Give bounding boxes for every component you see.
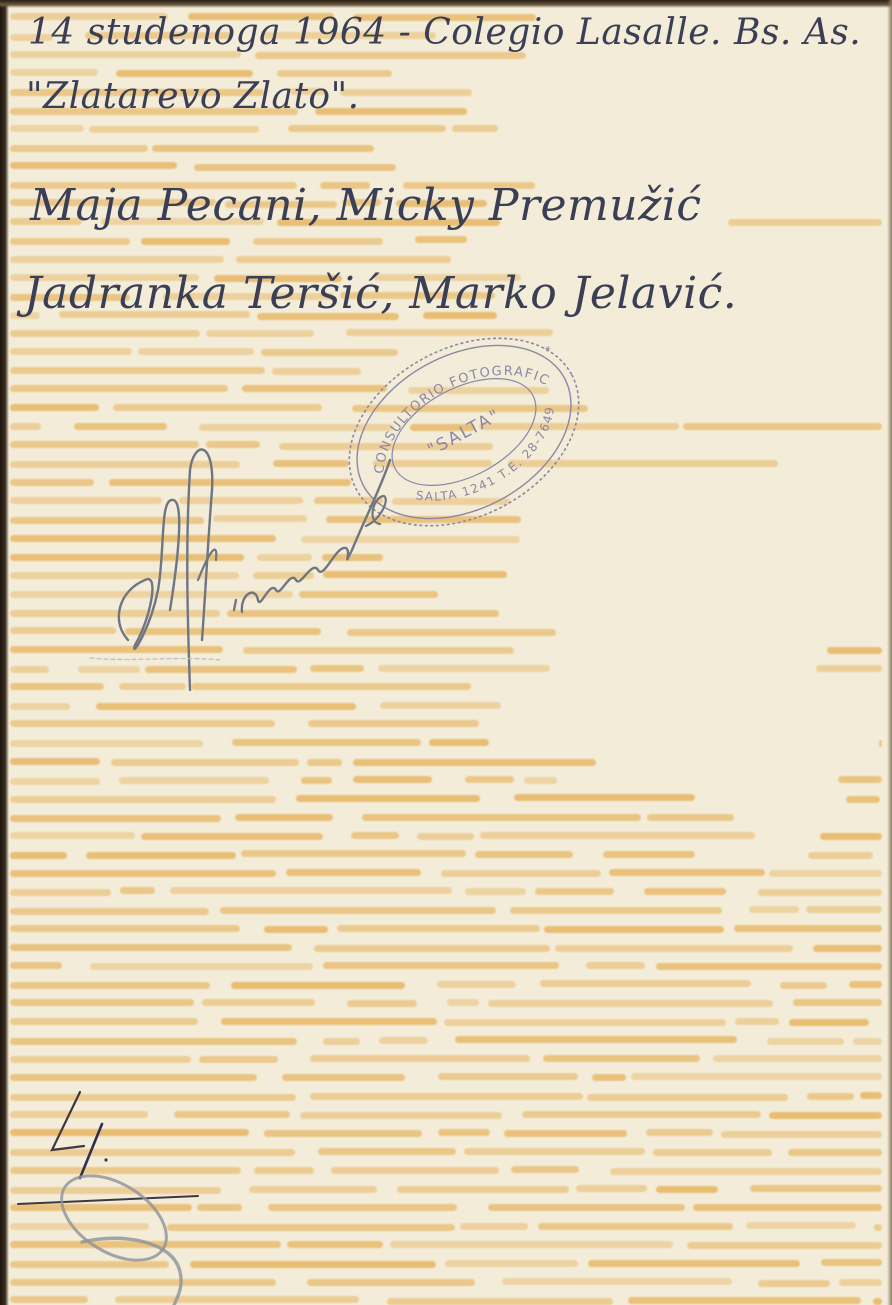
paper-stripe bbox=[721, 1131, 882, 1138]
paper-stripe bbox=[10, 125, 84, 132]
paper-stripe bbox=[362, 814, 641, 821]
paper-stripe bbox=[540, 980, 751, 987]
paper-stripe bbox=[455, 1036, 737, 1043]
paper-stripe bbox=[610, 1168, 882, 1175]
paper-stripe bbox=[767, 1038, 844, 1045]
paper-stripe bbox=[10, 423, 41, 430]
paper-stripe bbox=[10, 982, 210, 989]
paper-stripe bbox=[10, 385, 228, 392]
paper-stripe bbox=[438, 1129, 490, 1136]
stamp-center-text: "SALTA" bbox=[424, 405, 504, 460]
scan-edge-right bbox=[887, 0, 892, 1305]
paper-stripe bbox=[576, 1185, 648, 1192]
paper-stripe bbox=[735, 1018, 780, 1025]
pencil-signature: A. Premužić bbox=[90, 430, 420, 700]
paper-stripe bbox=[438, 1073, 578, 1080]
paper-stripe bbox=[10, 1056, 191, 1063]
paper-stripe bbox=[86, 852, 236, 859]
paper-stripe bbox=[780, 982, 827, 989]
paper-stripe bbox=[839, 1279, 882, 1286]
paper-stripe bbox=[141, 833, 322, 840]
paper-stripe bbox=[261, 349, 398, 356]
paper-stripe bbox=[713, 1055, 882, 1062]
paper-stripe bbox=[429, 739, 489, 746]
paper-stripe bbox=[10, 740, 203, 747]
paper-stripe bbox=[272, 368, 360, 375]
paper-stripe bbox=[264, 1130, 422, 1137]
paper-stripe bbox=[10, 348, 132, 355]
handwritten-date-location: 14 studenoga 1964 - Colegio Lasalle. Bs.… bbox=[28, 12, 861, 53]
paper-stripe bbox=[769, 1112, 882, 1119]
paper-stripe bbox=[331, 1167, 499, 1174]
paper-stripe bbox=[10, 852, 67, 859]
paper-stripe bbox=[337, 925, 540, 932]
paper-stripe bbox=[873, 1298, 882, 1305]
paper-stripe bbox=[10, 832, 135, 839]
paper-stripe bbox=[793, 999, 882, 1006]
paper-stripe bbox=[555, 945, 793, 952]
paper-stripe bbox=[296, 795, 480, 802]
pencil-number-scribble-icon bbox=[14, 1072, 214, 1305]
paper-stripe bbox=[10, 796, 276, 803]
paper-stripe bbox=[241, 850, 467, 857]
paper-stripe bbox=[301, 777, 332, 784]
paper-stripe bbox=[687, 1242, 882, 1249]
paper-stripe bbox=[390, 1241, 673, 1248]
paper-stripe bbox=[746, 1222, 856, 1229]
paper-stripe bbox=[609, 869, 764, 876]
paper-stripe bbox=[734, 925, 882, 932]
paper-stripe bbox=[514, 794, 695, 801]
paper-stripe bbox=[220, 907, 497, 914]
paper-stripe bbox=[10, 145, 148, 152]
paper-stripe bbox=[231, 982, 405, 989]
paper-stripe bbox=[816, 665, 882, 672]
paper-stripe bbox=[535, 888, 614, 895]
paper-stripe bbox=[452, 125, 499, 132]
paper-stripe bbox=[10, 666, 49, 673]
paper-stripe bbox=[502, 1278, 732, 1285]
paper-stripe bbox=[96, 703, 356, 710]
paper-stripe bbox=[821, 1259, 882, 1266]
paper-stripe bbox=[475, 851, 573, 858]
paper-stripe bbox=[120, 887, 155, 894]
paper-stripe bbox=[10, 330, 200, 337]
paper-stripe bbox=[849, 981, 882, 988]
handwritten-names-line1: Maja Pecani, Micky Premužić bbox=[30, 180, 701, 231]
paper-stripe bbox=[853, 1038, 882, 1045]
paper-stripe bbox=[353, 759, 596, 766]
paper-stripe bbox=[141, 238, 231, 245]
scan-edge-left bbox=[0, 0, 9, 1305]
paper-stripe bbox=[769, 870, 882, 877]
photo-back-sheet: 14 studenoga 1964 - Colegio Lasalle. Bs.… bbox=[0, 0, 892, 1305]
paper-stripe bbox=[206, 330, 314, 337]
paper-stripe bbox=[119, 777, 269, 784]
paper-stripe bbox=[586, 962, 646, 969]
paper-stripe bbox=[286, 869, 421, 876]
paper-stripe bbox=[202, 999, 315, 1006]
paper-stripe bbox=[74, 423, 167, 430]
paper-stripe bbox=[10, 256, 224, 263]
stamp-star: * bbox=[543, 343, 555, 358]
paper-stripe bbox=[522, 1111, 761, 1118]
paper-stripe bbox=[10, 1018, 198, 1025]
paper-stripe bbox=[170, 887, 453, 894]
paper-stripe bbox=[318, 1148, 457, 1155]
paper-stripe bbox=[288, 125, 446, 132]
paper-stripe bbox=[544, 926, 724, 933]
paper-stripe bbox=[307, 759, 342, 766]
paper-stripe bbox=[628, 1297, 862, 1304]
paper-stripe bbox=[789, 1019, 869, 1026]
paper-stripe bbox=[728, 219, 882, 226]
paper-stripe bbox=[465, 776, 514, 783]
paper-stripe bbox=[444, 1019, 726, 1026]
paper-stripe bbox=[10, 479, 94, 486]
paper-stripe bbox=[488, 1000, 773, 1007]
paper-stripe bbox=[10, 925, 240, 932]
paper-stripe bbox=[788, 1149, 882, 1156]
paper-stripe bbox=[10, 758, 100, 765]
handwritten-title: "Zlatarevo Zlato". bbox=[26, 76, 360, 117]
paper-stripe bbox=[268, 1204, 457, 1211]
paper-stripe bbox=[750, 1185, 882, 1192]
paper-stripe bbox=[347, 1000, 417, 1007]
paper-stripe bbox=[592, 1074, 626, 1081]
paper-stripe bbox=[89, 126, 259, 133]
paper-stripe bbox=[465, 888, 526, 895]
paper-stripe bbox=[511, 1166, 580, 1173]
paper-stripe bbox=[323, 1038, 360, 1045]
paper-stripe bbox=[379, 1037, 428, 1044]
paper-stripe bbox=[387, 1298, 614, 1305]
paper-stripe bbox=[820, 833, 882, 840]
scan-edge-top bbox=[0, 0, 892, 8]
paper-stripe bbox=[749, 906, 799, 913]
paper-stripe bbox=[397, 1186, 570, 1193]
paper-stripe bbox=[860, 1092, 882, 1099]
handwritten-names-line2: Jadranka Teršić, Marko Jelavić. bbox=[24, 268, 737, 319]
paper-stripe bbox=[510, 907, 722, 914]
paper-stripe bbox=[10, 962, 62, 969]
paper-stripe bbox=[879, 740, 882, 747]
paper-stripe bbox=[587, 1094, 788, 1101]
paper-stripe bbox=[806, 906, 882, 913]
paper-stripe bbox=[827, 647, 882, 654]
paper-stripe bbox=[838, 776, 882, 783]
paper-stripe bbox=[504, 1130, 626, 1137]
paper-stripe bbox=[152, 145, 374, 152]
paper-stripe bbox=[199, 1056, 278, 1063]
paper-stripe bbox=[236, 256, 450, 263]
paper-stripe bbox=[603, 851, 695, 858]
paper-stripe bbox=[10, 944, 292, 951]
paper-stripe bbox=[307, 1279, 476, 1286]
paper-stripe bbox=[653, 1149, 772, 1156]
paper-stripe bbox=[232, 739, 420, 746]
paper-stripe bbox=[480, 832, 755, 839]
paper-stripe bbox=[264, 926, 328, 933]
paper-stripe bbox=[255, 52, 526, 59]
paper-stripe bbox=[693, 1204, 882, 1211]
paper-stripe bbox=[488, 1204, 685, 1211]
signature-scribble-icon bbox=[90, 430, 420, 700]
paper-stripe bbox=[846, 796, 880, 803]
paper-stripe bbox=[631, 1073, 882, 1080]
paper-stripe bbox=[10, 908, 209, 915]
paper-stripe bbox=[807, 1093, 854, 1100]
paper-stripe bbox=[464, 1148, 645, 1155]
paper-stripe bbox=[323, 962, 560, 969]
paper-stripe bbox=[813, 945, 882, 952]
paper-stripe bbox=[300, 1112, 502, 1119]
paper-stripe bbox=[190, 1261, 436, 1268]
paper-stripe bbox=[10, 703, 70, 710]
paper-stripe bbox=[314, 945, 550, 952]
paper-stripe bbox=[10, 367, 265, 374]
paper-stripe bbox=[10, 69, 98, 76]
pencil-number-mark: 4. bbox=[14, 1072, 214, 1305]
paper-stripe bbox=[282, 1074, 405, 1081]
paper-stripe bbox=[10, 889, 111, 896]
paper-stripe bbox=[437, 981, 516, 988]
paper-stripe bbox=[647, 814, 734, 821]
paper-stripe bbox=[249, 1186, 377, 1193]
paper-stripe bbox=[683, 423, 882, 430]
paper-stripe bbox=[253, 238, 382, 245]
paper-stripe bbox=[113, 404, 323, 411]
paper-stripe bbox=[10, 404, 99, 411]
paper-stripe bbox=[235, 814, 333, 821]
paper-stripe bbox=[10, 999, 194, 1006]
paper-stripe bbox=[758, 1280, 830, 1287]
paper-stripe bbox=[10, 870, 276, 877]
paper-stripe bbox=[656, 963, 882, 970]
paper-stripe bbox=[10, 162, 177, 169]
paper-stripe bbox=[10, 1038, 297, 1045]
paper-stripe bbox=[10, 815, 221, 822]
paper-stripe bbox=[254, 1167, 314, 1174]
paper-stripe bbox=[543, 1055, 700, 1062]
paper-stripe bbox=[340, 89, 472, 96]
paper-stripe bbox=[538, 1223, 733, 1230]
paper-stripe bbox=[310, 1093, 583, 1100]
paper-stripe bbox=[287, 1241, 383, 1248]
paper-stripe bbox=[445, 1260, 578, 1267]
paper-stripe bbox=[90, 963, 314, 970]
paper-stripe bbox=[415, 236, 467, 243]
paper-stripe bbox=[644, 888, 726, 895]
paper-stripe bbox=[221, 1018, 437, 1025]
paper-stripe bbox=[10, 778, 100, 785]
paper-stripe bbox=[308, 720, 479, 727]
paper-stripe bbox=[10, 238, 130, 245]
paper-stripe bbox=[10, 720, 275, 727]
paper-stripe bbox=[447, 999, 479, 1006]
paper-stripe bbox=[588, 1260, 800, 1267]
paper-stripe bbox=[310, 1055, 530, 1062]
paper-stripe bbox=[380, 702, 501, 709]
paper-stripe bbox=[111, 759, 299, 766]
paper-stripe bbox=[194, 164, 396, 171]
paper-stripe bbox=[656, 1186, 718, 1193]
paper-stripe bbox=[441, 870, 601, 877]
paper-stripe bbox=[417, 833, 474, 840]
paper-stripe bbox=[353, 776, 432, 783]
paper-stripe bbox=[138, 348, 254, 355]
paper-stripe bbox=[758, 889, 882, 896]
paper-stripe bbox=[808, 852, 873, 859]
paper-stripe bbox=[874, 1224, 882, 1231]
paper-stripe bbox=[646, 1129, 712, 1136]
paper-stripe bbox=[351, 832, 399, 839]
paper-stripe bbox=[524, 777, 557, 784]
paper-stripe bbox=[460, 1223, 528, 1230]
